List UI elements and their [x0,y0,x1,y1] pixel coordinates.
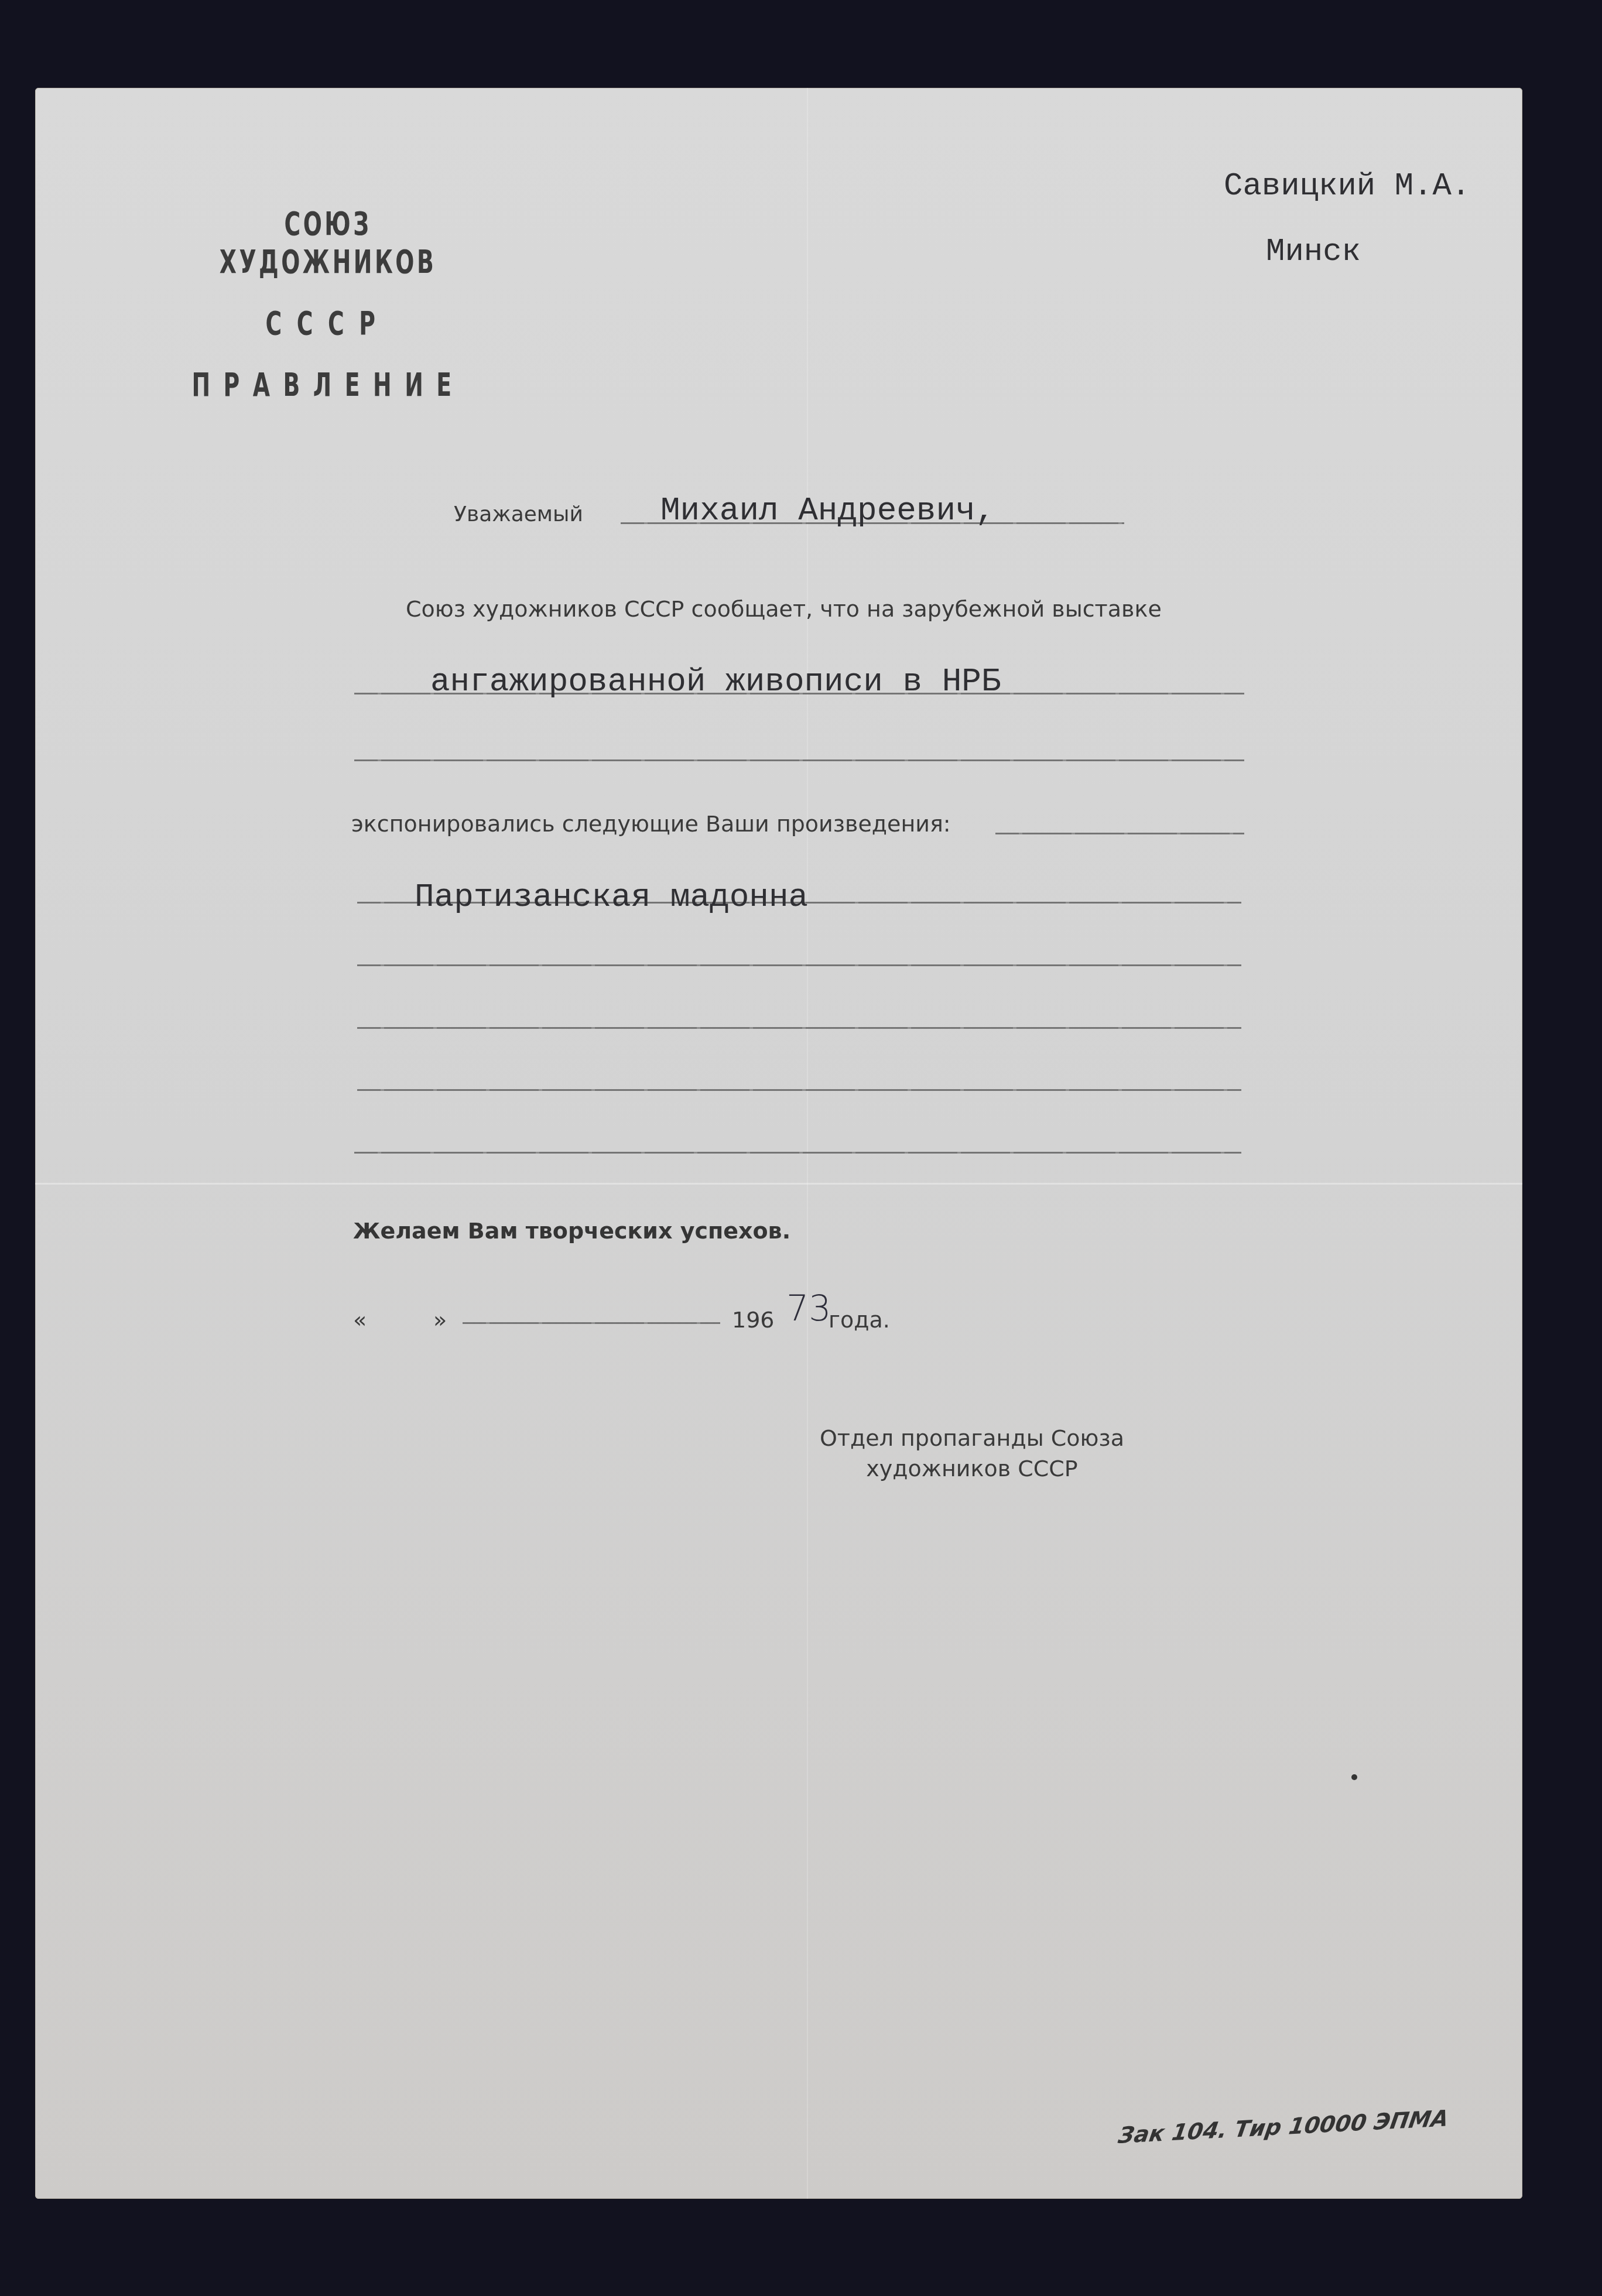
signature-line-1: Отдел пропаганды Союза [785,1423,1159,1453]
salutation-label: Уважаемый [454,502,583,526]
salutation-name: Михаил Андреевич, [660,492,995,529]
date-year-printed: 196 [732,1307,775,1333]
exhibition-name: ангажированной живописи в НРБ [430,663,1001,700]
works-fill-line-0 [995,833,1244,834]
printer-mark: Зак 104. Тир 10000 ЭПМА [1117,2105,1450,2148]
works-fill-line-3 [357,1027,1241,1029]
closing-wish: Желаем Вам творческих успехов. [353,1218,790,1244]
date-close-quote: » [433,1307,447,1333]
exhibition-fill-line-2 [354,759,1244,761]
ink-dot [1351,1774,1357,1780]
date-month-line [463,1322,720,1324]
recipient-city: Минск [1266,234,1361,270]
letterhead-board: ПРАВЛЕНИЕ [192,366,464,404]
works-fill-line-4 [357,1089,1241,1091]
works-fill-line-5 [354,1152,1241,1154]
works-fill-line-2 [357,964,1241,966]
letterhead-org: СОЮЗ ХУДОЖНИКОВ [192,205,464,281]
letterhead-country: СССР [192,304,464,343]
signature-line-2: художников СССР [785,1453,1159,1484]
date-open-quote: « [353,1307,367,1333]
date-year-handwritten: 73 [786,1288,831,1329]
horizontal-fold-crease [35,1183,1522,1185]
date-suffix: года. [829,1307,890,1333]
intro-text: Союз художников СССР сообщает, что на за… [406,596,1162,622]
vertical-fold-crease [807,88,808,2199]
document-sheet: СОЮЗ ХУДОЖНИКОВ СССР ПРАВЛЕНИЕ Савицкий … [35,88,1522,2199]
letterhead: СОЮЗ ХУДОЖНИКОВ СССР ПРАВЛЕНИЕ [146,205,509,404]
recipient-name: Савицкий М.А. [1224,169,1470,204]
work-title: Партизанская мадонна [415,878,808,916]
signature-block: Отдел пропаганды Союза художников СССР [785,1423,1159,1484]
works-label: экспонировались следующие Ваши произведе… [351,811,951,837]
